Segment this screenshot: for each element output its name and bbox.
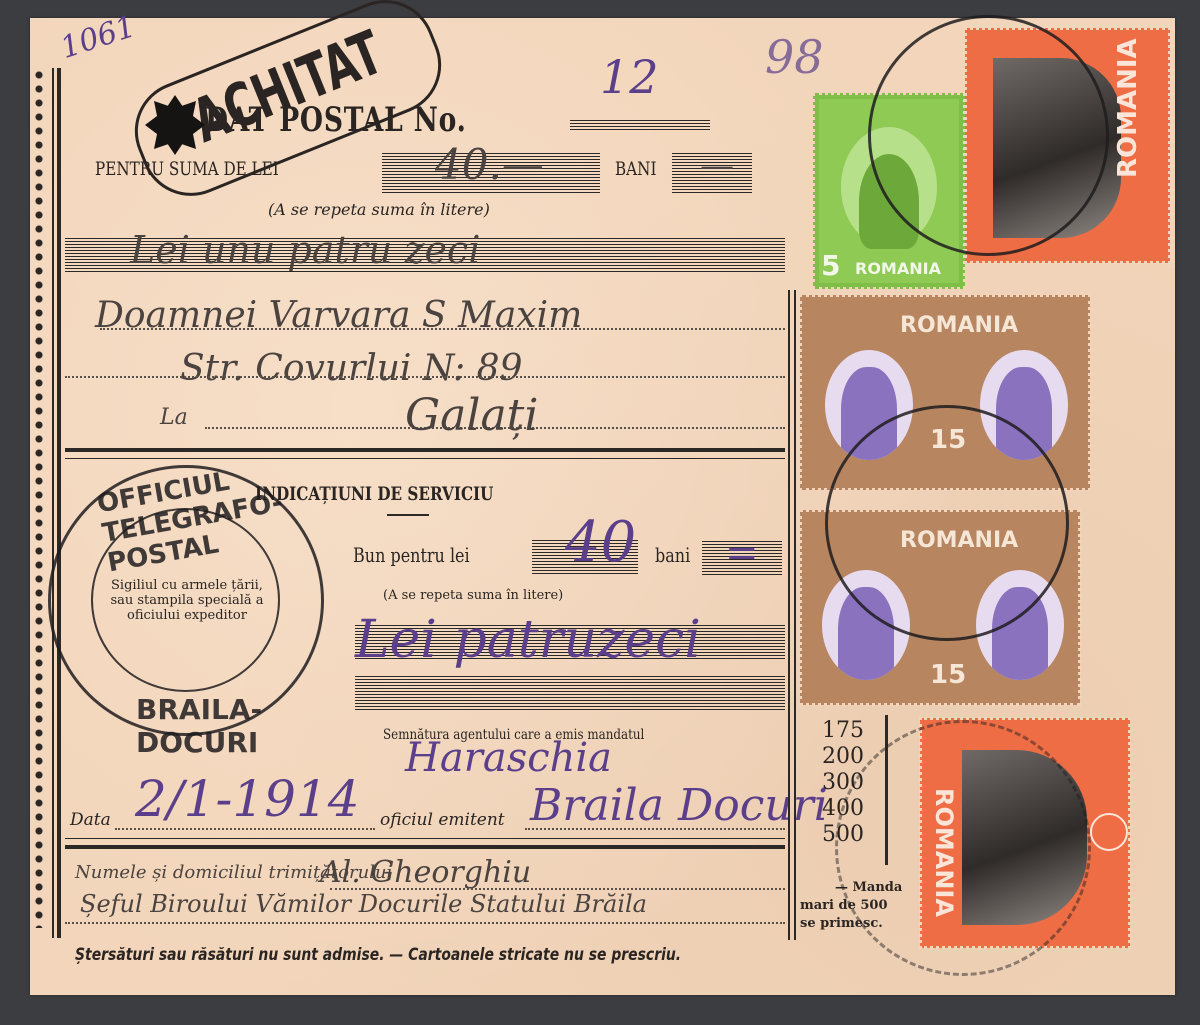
seal-instructions: Sigiliul cu armele țării, sau stampila s… bbox=[107, 578, 267, 623]
office-seal: OFFICIUL TELEGRAFO-POSTAL BRAILA-DOCURI … bbox=[48, 465, 324, 736]
amount-lei-value: 40.— bbox=[435, 140, 544, 189]
date-label: Data bbox=[70, 810, 111, 830]
border-line bbox=[57, 68, 61, 938]
recipient-address: Str. Covurlui N: 89 bbox=[180, 348, 522, 389]
divider bbox=[65, 448, 785, 452]
border-line bbox=[52, 68, 54, 938]
sender-name: Al. Gheorghiu bbox=[320, 855, 531, 890]
column-line bbox=[788, 290, 790, 940]
order-number: 12 bbox=[600, 50, 659, 104]
side-note: 98 bbox=[765, 30, 824, 84]
amount-bani-value: — bbox=[700, 146, 734, 186]
sender-details: Șeful Biroului Vămilor Docurile Statului… bbox=[80, 890, 647, 918]
divider bbox=[387, 514, 429, 516]
office-value: Braila Docuri bbox=[530, 780, 828, 831]
divider bbox=[65, 845, 785, 849]
dotted-line bbox=[115, 828, 375, 830]
postmark-bottom bbox=[835, 720, 1091, 976]
divider bbox=[65, 458, 785, 459]
postmark-top bbox=[868, 15, 1109, 256]
la-label: La bbox=[160, 405, 188, 430]
dotted-line bbox=[65, 922, 785, 924]
bun-label: Bun pentru lei bbox=[353, 543, 470, 567]
date-value: 2/1-1914 bbox=[135, 770, 360, 828]
service-words-field-2 bbox=[355, 676, 785, 712]
column-line bbox=[794, 290, 796, 940]
agent-signature: Haraschia bbox=[405, 735, 612, 781]
footer-note: Ștersături sau răsături nu sunt admise. … bbox=[75, 945, 681, 965]
divider bbox=[65, 838, 785, 839]
dotted-line bbox=[100, 328, 785, 330]
bun-lei-value: 40 bbox=[565, 510, 636, 575]
recipient-city: Galați bbox=[405, 390, 538, 441]
bun-bani-value: = bbox=[725, 530, 759, 576]
postmark-middle bbox=[825, 405, 1069, 641]
form-title: DAT POSTAL No. bbox=[205, 100, 467, 140]
number-field bbox=[570, 120, 710, 130]
service-amount-words: Lei patruzeci bbox=[355, 610, 701, 670]
bani-label: BANI bbox=[615, 158, 656, 180]
repeat-note: (A se repeta suma în litere) bbox=[268, 200, 490, 219]
office-label: oficiul emitent bbox=[380, 810, 505, 830]
amount-label: PENTRU SUMA DE LEI bbox=[95, 158, 279, 180]
bun-bani-label: bani bbox=[655, 543, 690, 567]
service-repeat-note: (A se repeta suma în litere) bbox=[383, 588, 563, 603]
star-border bbox=[32, 68, 46, 928]
amount-words: Lei unu patru zeci bbox=[130, 228, 480, 272]
dotted-line bbox=[65, 376, 785, 378]
